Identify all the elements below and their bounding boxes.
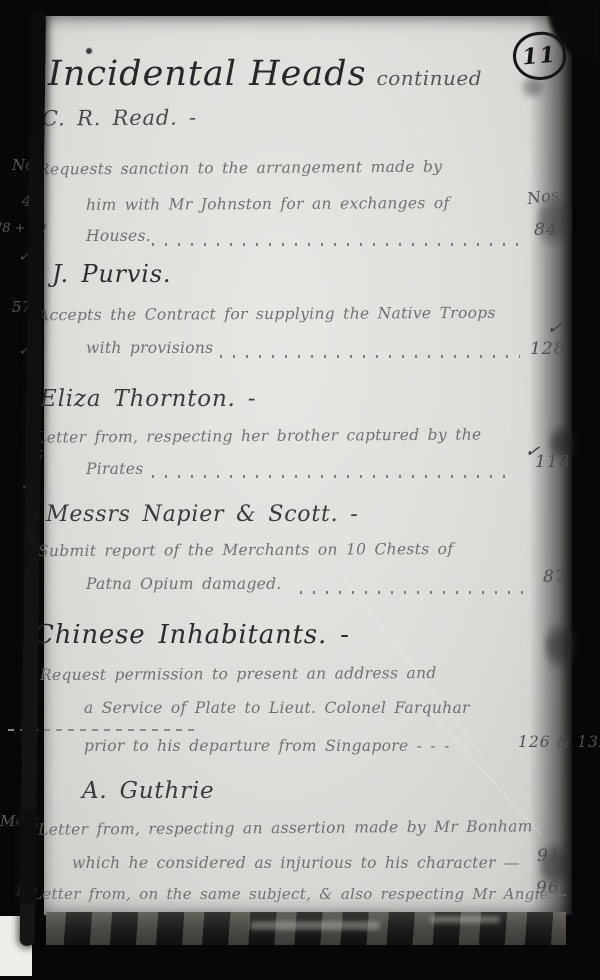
page-number: 11 [521,42,558,71]
dotted-leader [220,355,520,358]
entry-heading: Messrs Napier & Scott. - [46,502,358,527]
entry-line: Pirates [86,460,144,478]
page-ref: 84 [534,220,558,240]
page-ref: 128 [530,339,565,359]
entry-line: Letter from, respecting her brother capt… [36,425,482,446]
entry-line: Submit report of the Merchants on 10 Che… [38,540,453,560]
stain [545,615,577,677]
entry-line: with provisions [86,339,213,357]
entry-line: a Service of Plate to Lieut. Colonel Far… [84,699,470,717]
entry-line: Letter from, on the same subject, & also… [32,885,568,903]
entry-line: prior to his departure from Singapore - … [84,737,450,755]
entry-heading: A. Guthrie [82,778,214,804]
page-title: Incidental Headscontinued [48,54,482,94]
dotted-leader [300,591,528,594]
entry-line: Accepts the Contract for supplying the N… [38,304,496,324]
page-ref: 96. [536,878,566,898]
entry-line: him with Mr Johnston for an exchanges of [86,194,450,214]
dotted-leader [152,243,522,246]
dotted-leader [152,475,514,478]
entry-heading: C. R. Read. - [42,105,197,130]
page-ref: 126 & 132 [518,733,600,751]
page-ref: 87 [543,567,567,587]
page-ref: 118 [535,452,570,472]
entry-heading: Chinese Inhabitants. - [34,620,350,650]
entry-line: Houses. [86,227,151,245]
check-mark: ✓ [546,317,564,340]
entry-heading: Eliza Thornton. - [40,386,256,412]
entry-line: Requests sanction to the arrangement mad… [38,158,442,179]
entry-line: which he considered as injurious to his … [72,854,520,872]
page-edge-highlight [430,916,500,923]
page-title-text: Incidental Heads [48,54,367,94]
page-edge-highlight [250,921,380,930]
entry-line: Patna Opium damaged. [86,575,282,593]
page-title-suffix: continued [377,66,482,90]
entry-line: Letter from, respecting an assertion mad… [38,817,533,838]
entry-heading: J. Purvis. [52,260,171,288]
gutter-ink-smear [16,809,39,904]
scanned-ledger-photo: 11 Incidental Headscontinued C. R. Read.… [0,0,600,980]
page-ref: 91 [537,846,561,866]
entry-line: Request permission to present an address… [40,664,437,684]
